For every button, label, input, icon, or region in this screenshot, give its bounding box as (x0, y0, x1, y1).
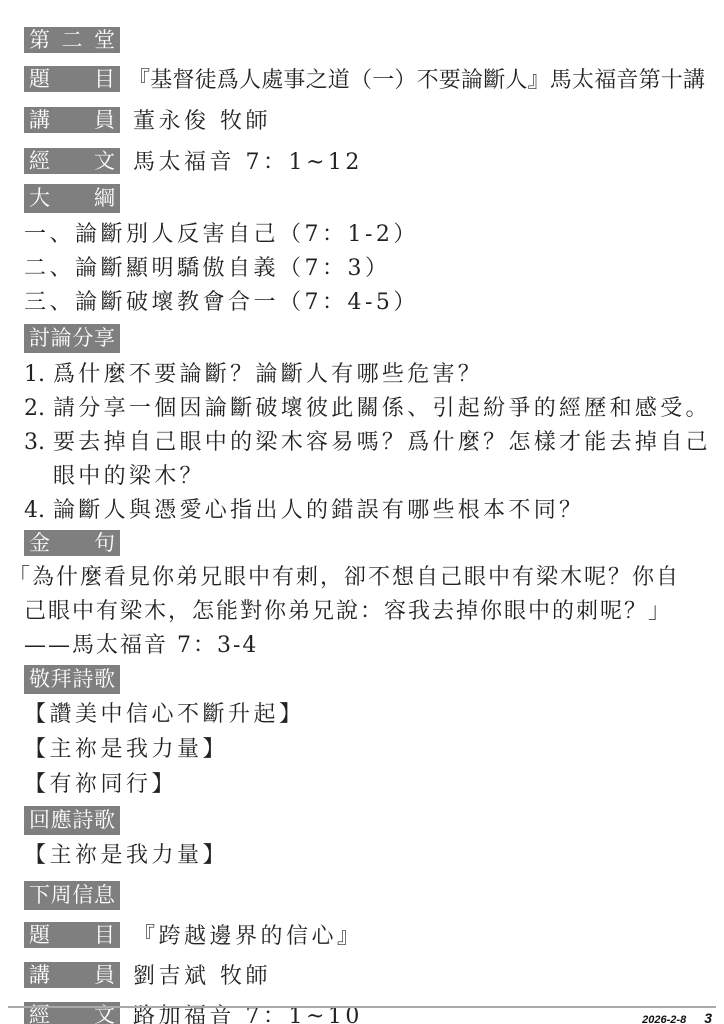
discussion-item: 4.論斷人與憑愛心指出人的錯誤有哪些根本不同？ (24, 494, 716, 528)
session-label-box: 第 二 堂 (24, 27, 120, 53)
footer: 2026-2-8 3 (642, 1010, 712, 1024)
next-week-row-value: 路加福音 7：1~10 (133, 999, 363, 1024)
discussion-item-number: 1. (24, 358, 53, 392)
quote-line: 「為什麼看見你弟兄眼中有刺，卻不想自己眼中有梁木呢？你自 (8, 561, 716, 595)
current-message-row-value: 『基督徒爲人處事之道（一）不要論斷人』馬太福音第十講 (128, 63, 705, 94)
next-week-row-label: 經 文 (24, 1002, 120, 1024)
worship-song-list: 【讚美中信心不斷升起】【主祢是我力量】【有祢同行】 (24, 697, 716, 802)
next-week-row-value: 劉吉斌 牧師 (133, 959, 271, 990)
next-week-row-value: 『跨越邊界的信心』 (133, 919, 363, 950)
discussion-label-box: 討論分享 (24, 324, 120, 353)
current-message-row-label: 題 目 (24, 66, 120, 92)
current-message-info: 題 目『基督徒爲人處事之道（一）不要論斷人』馬太福音第十講講 員董永俊 牧師經 … (24, 63, 716, 176)
song-title: 【主祢是我力量】 (24, 732, 716, 767)
next-week-label-box: 下周信息 (24, 881, 120, 910)
discussion-item: 2.請分享一個因論斷破壞彼此關係、引起紛爭的經歷和感受。 (24, 392, 716, 426)
quote-lines: 「為什麼看見你弟兄眼中有刺，卻不想自己眼中有梁木呢？你自己眼中有梁木，怎能對你弟… (24, 561, 716, 629)
outline-item: 二、論斷顯明驕傲自義（7：3） (24, 252, 716, 286)
next-week-row-label: 講 員 (24, 962, 120, 988)
footer-page-number: 3 (704, 1010, 712, 1024)
discussion-item-text: 請分享一個因論斷破壞彼此關係、引起紛爭的經歷和感受。 (53, 392, 716, 426)
footer-date: 2026-2-8 (642, 1014, 686, 1024)
discussion-item-number: 3. (24, 426, 53, 460)
discussion-item: 1.爲什麼不要論斷？論斷人有哪些危害？ (24, 358, 716, 392)
response-songs-label-box: 回應詩歌 (24, 806, 120, 835)
current-message-row-value: 董永俊 牧師 (133, 104, 271, 135)
next-week-row: 講 員劉吉斌 牧師 (24, 959, 716, 990)
outline-item: 一、論斷別人反害自己（7：1-2） (24, 218, 716, 252)
outline-label-box: 大 綱 (24, 184, 120, 213)
discussion-item-text: 要去掉自己眼中的梁木容易嗎？爲什麼？怎樣才能去掉自己眼中的梁木？ (53, 426, 716, 494)
golden-verse-label-box: 金 句 (24, 530, 120, 556)
discussion-item-text: 爲什麼不要論斷？論斷人有哪些危害？ (53, 358, 716, 392)
current-message-row: 講 員董永俊 牧師 (24, 104, 716, 135)
next-week-row: 經 文路加福音 7：1~10 (24, 999, 716, 1024)
outline-list: 一、論斷別人反害自己（7：1-2）二、論斷顯明驕傲自義（7：3）三、論斷破壞教會… (24, 218, 716, 320)
golden-verse-quote: 「為什麼看見你弟兄眼中有刺，卻不想自己眼中有梁木呢？你自己眼中有梁木，怎能對你弟… (24, 561, 716, 663)
song-title: 【主祢是我力量】 (24, 838, 716, 873)
discussion-item-number: 4. (24, 494, 53, 528)
page-content: 第 二 堂 題 目『基督徒爲人處事之道（一）不要論斷人』馬太福音第十講講 員董永… (24, 27, 716, 1024)
song-title: 【有祢同行】 (24, 767, 716, 802)
footer-divider-line (8, 1006, 716, 1008)
current-message-row: 經 文馬太福音 7：1~12 (24, 145, 716, 176)
next-week-row: 題 目『跨越邊界的信心』 (24, 919, 716, 950)
quote-attribution: ——馬太福音 7：3-4 (24, 629, 716, 663)
next-week-info: 題 目『跨越邊界的信心』講 員劉吉斌 牧師經 文路加福音 7：1~10 (24, 919, 716, 1024)
current-message-row-label: 經 文 (24, 148, 120, 174)
current-message-row-label: 講 員 (24, 107, 120, 133)
next-week-row-label: 題 目 (24, 922, 120, 948)
response-song-list: 【主祢是我力量】 (24, 838, 716, 873)
current-message-row: 題 目『基督徒爲人處事之道（一）不要論斷人』馬太福音第十講 (24, 63, 716, 94)
discussion-item-number: 2. (24, 392, 53, 426)
quote-line: 己眼中有梁木，怎能對你弟兄說：容我去掉你眼中的刺呢？」 (24, 595, 716, 629)
outline-item: 三、論斷破壞教會合一（7：4-5） (24, 286, 716, 320)
current-message-row-value: 馬太福音 7：1~12 (133, 145, 363, 176)
discussion-item-text: 論斷人與憑愛心指出人的錯誤有哪些根本不同？ (53, 494, 716, 528)
discussion-item: 3.要去掉自己眼中的梁木容易嗎？爲什麼？怎樣才能去掉自己眼中的梁木？ (24, 426, 716, 494)
discussion-list: 1.爲什麼不要論斷？論斷人有哪些危害？2.請分享一個因論斷破壞彼此關係、引起紛爭… (24, 358, 716, 528)
worship-songs-label-box: 敬拜詩歌 (24, 665, 120, 694)
bulletin-page: { "colors": { "label_bg": "#7f7f7f", "la… (0, 0, 724, 1024)
song-title: 【讚美中信心不斷升起】 (24, 697, 716, 732)
